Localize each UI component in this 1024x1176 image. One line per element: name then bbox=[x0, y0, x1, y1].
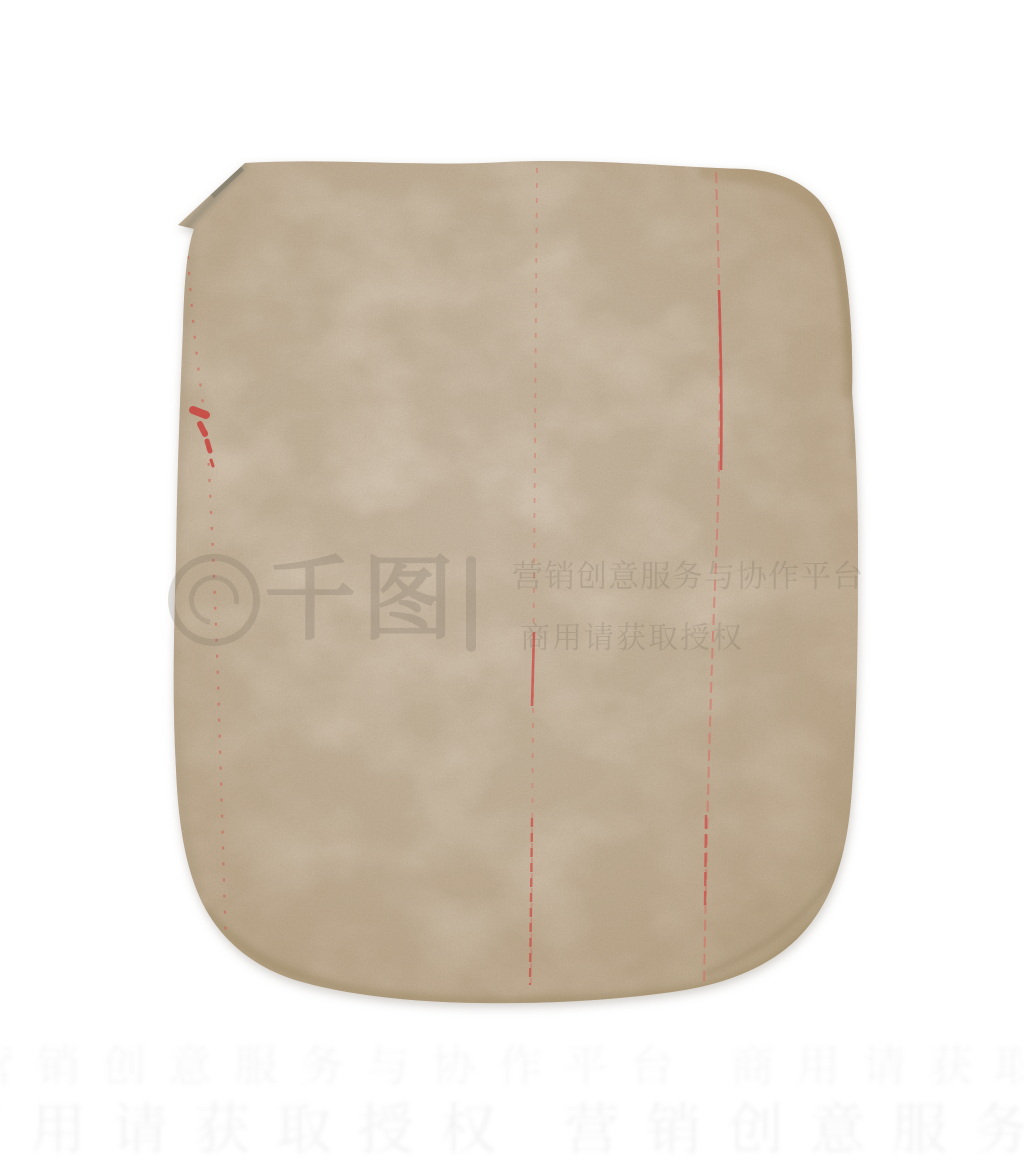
paper-shape bbox=[174, 161, 858, 1003]
photo-canvas: 千图 营销创意服务与协作平台 商用请获取授权 营销创意服务与协作平台 商用请获取… bbox=[0, 0, 1024, 1176]
vintage-paper-sheet bbox=[0, 0, 1024, 1176]
